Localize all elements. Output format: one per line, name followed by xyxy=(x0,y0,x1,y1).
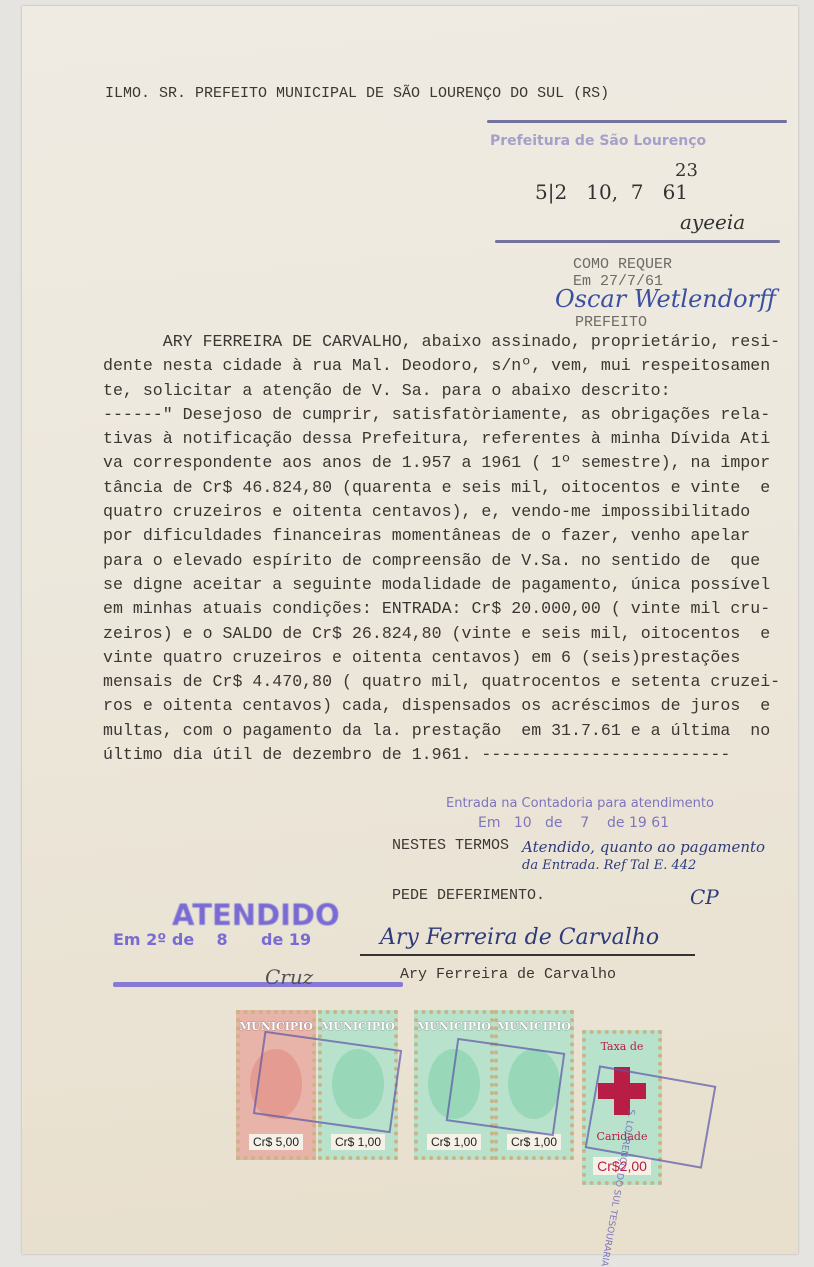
atendido-stamp-rule xyxy=(113,982,403,987)
body-line: vinte quatro cruzeiros e oitenta centavo… xyxy=(103,648,780,672)
body-line: te, solicitar a atenção de V. Sa. para o… xyxy=(103,381,780,405)
signature-line xyxy=(360,954,695,956)
mayor-signature: Oscar Wetlendorff xyxy=(555,285,776,313)
pede-deferimento: PEDE DEFERIMENTO. xyxy=(392,887,545,904)
handwritten-note-line2: da Entrada. Ref Tal E. 442 xyxy=(522,858,696,873)
applicant-typed-name: Ary Ferreira de Carvalho xyxy=(400,966,616,983)
revenue-stamps: MUNICIPIO Cr$ 5,00 MUNICIPIO Cr$ 1,00 MU… xyxy=(236,1010,676,1180)
addressee-line: ILMO. SR. PREFEITO MUNICIPAL DE SÃO LOUR… xyxy=(105,85,609,102)
dispatch-title: PREFEITO xyxy=(575,314,647,331)
atendido-stamp: ATENDIDO xyxy=(172,898,340,932)
body-line: multas, com o pagamento da la. prestação… xyxy=(103,721,780,745)
body-line: ARY FERREIRA DE CARVALHO, abaixo assinad… xyxy=(103,332,780,356)
nestes-termos: NESTES TERMOS xyxy=(392,837,509,854)
body-line: por dificuldades financeiras momentâneas… xyxy=(103,526,780,550)
body-line: zeiros) e o SALDO de Cr$ 26.824,80 (vint… xyxy=(103,624,780,648)
body-line: va correspondente aos anos de 1.957 a 19… xyxy=(103,453,780,477)
contadoria-stamp-line2: Em 10 de 7 de 19 61 xyxy=(478,815,669,831)
body-line: mensais de Cr$ 4.470,80 ( quatro mil, qu… xyxy=(103,672,780,696)
note-initials: CP xyxy=(690,885,719,909)
atendido-stamp-date: Em 2º de 8 de 19 xyxy=(113,930,311,949)
body-line: quatro cruzeiros e oitenta centavos), e,… xyxy=(103,502,780,526)
petition-body: ARY FERREIRA DE CARVALHO, abaixo assinad… xyxy=(103,332,780,769)
contadoria-stamp-line1: Entrada na Contadoria para atendimento xyxy=(446,796,714,811)
protocol-date: 5|2 10, 7 61 xyxy=(535,180,688,204)
body-line: último dia útil de dezembro de 1.961. --… xyxy=(103,745,780,769)
applicant-signature: Ary Ferreira de Carvalho xyxy=(380,925,659,950)
dispatch-decision: COMO REQUER xyxy=(573,256,672,273)
protocol-stamp-rule-top xyxy=(487,120,787,123)
body-line: se digne aceitar a seguinte modalidade d… xyxy=(103,575,780,599)
cancel-stamp-frame xyxy=(446,1038,566,1136)
body-line: tância de Cr$ 46.824,80 (quarenta e seis… xyxy=(103,478,780,502)
handwritten-note-line1: Atendido, quanto ao pagamento xyxy=(522,838,765,856)
body-line: dente nesta cidade à rua Mal. Deodoro, s… xyxy=(103,356,780,380)
body-line: ------" Desejoso de cumprir, satisfatòri… xyxy=(103,405,780,429)
protocol-number: 23 xyxy=(675,160,698,181)
protocol-initials: ayeeia xyxy=(680,210,745,234)
protocol-stamp-heading: Prefeitura de São Lourenço xyxy=(490,133,706,149)
atendido-initials: Cruz xyxy=(265,965,313,989)
body-line: em minhas atuais condições: ENTRADA: Cr$… xyxy=(103,599,780,623)
protocol-stamp-rule-bottom xyxy=(495,240,780,243)
body-line: ros e oitenta centavos) cada, dispensado… xyxy=(103,696,780,720)
body-line: tivas à notificação dessa Prefeitura, re… xyxy=(103,429,780,453)
body-line: para o elevado espírito de compreensão d… xyxy=(103,551,780,575)
